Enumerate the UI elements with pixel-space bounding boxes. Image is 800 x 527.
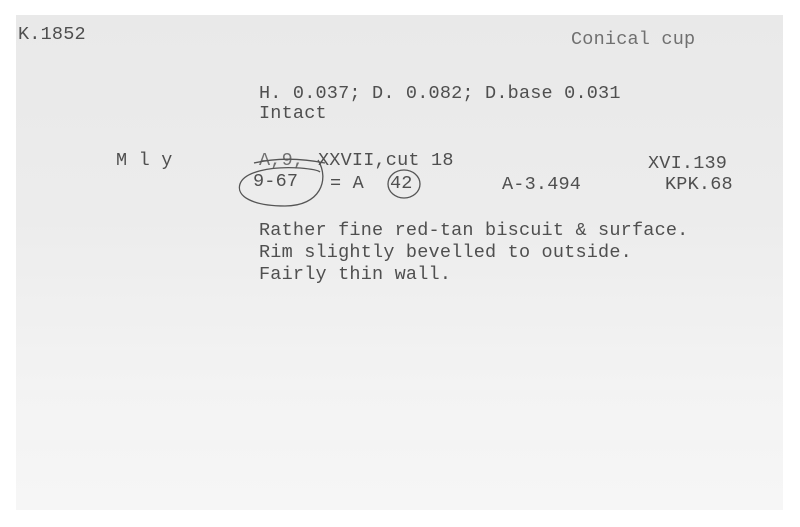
kpk-ref: KPK.68 [665,176,733,195]
findspot: XXVII,cut 18 [318,152,454,171]
condition: Intact [259,105,327,124]
description-line: Fairly thin wall. [259,266,451,285]
notebook-ref: XVI.139 [648,155,727,174]
dimensions: H. 0.037; D. 0.082; D.base 0.031 [259,85,621,104]
catalog-number: K.1852 [18,26,86,45]
object-type: Conical cup [571,31,695,50]
equals-ref: = A [330,175,364,194]
date-circled: 9-67 [253,173,298,192]
context-code: M l y [116,152,173,171]
description-line: Rather fine red-tan biscuit & surface. [259,222,688,241]
ref-circled: 42 [390,175,413,194]
inventory-number: A-3.494 [502,176,581,195]
description-line: Rim slightly bevelled to outside. [259,244,632,263]
findspot-struck: A,9, [259,152,304,171]
